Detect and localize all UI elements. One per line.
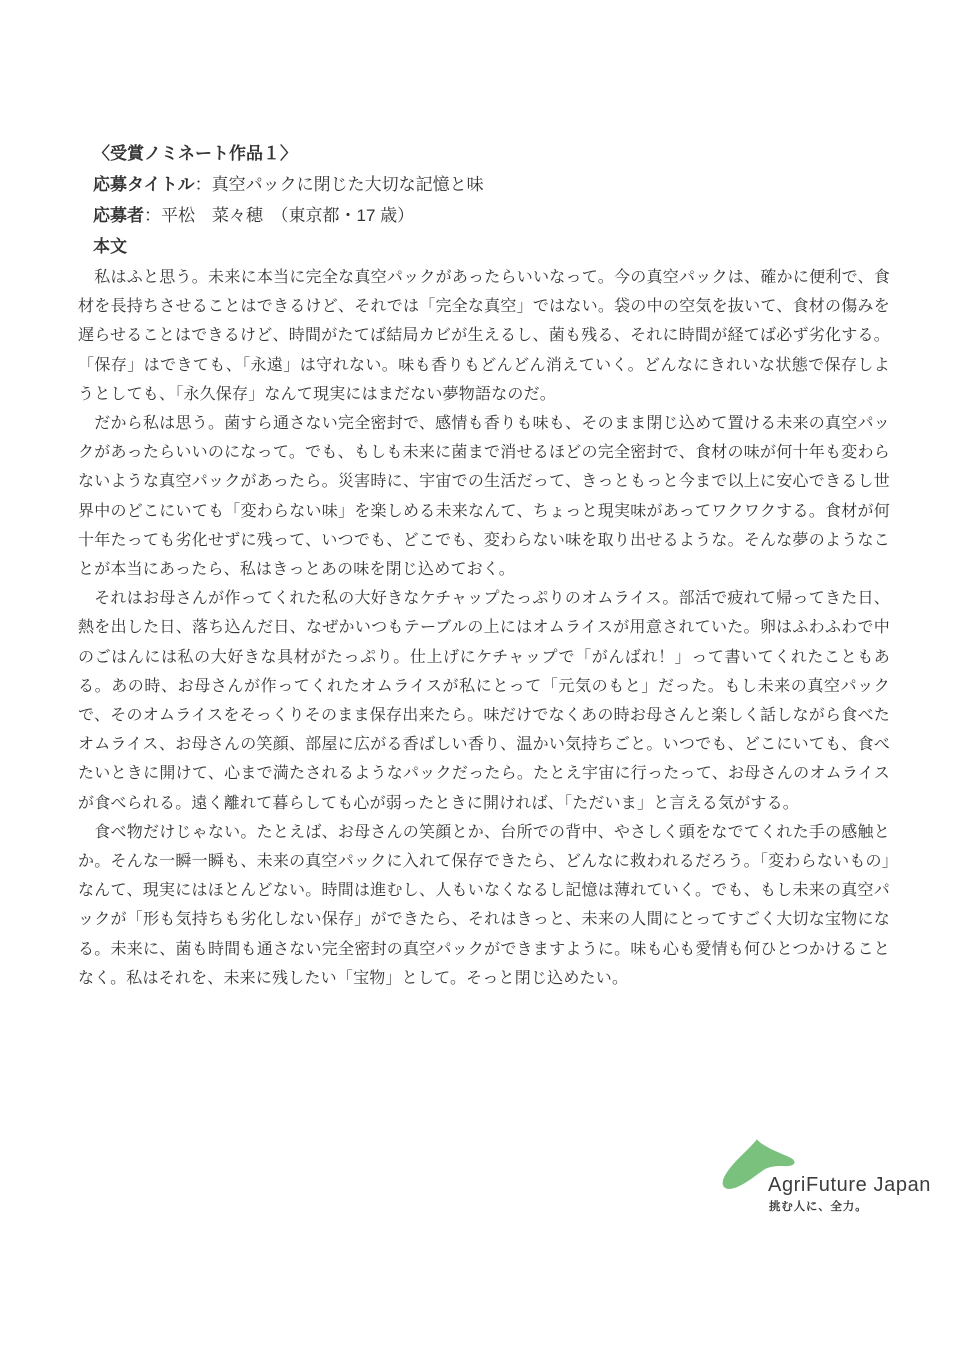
applicant-line: 応募者：平松 菜々穂 （東京都・17 歳） xyxy=(78,200,890,231)
agrifuture-japan-logo: AgriFuture Japan 挑む人に、全力。 xyxy=(720,1134,930,1224)
essay-paragraph: 食べ物だけじゃない。たとえば、お母さんの笑顔とか、台所での背中、やさしく頭をなで… xyxy=(78,818,890,993)
nominee-title: 〈受賞ノミネート作品１〉 xyxy=(78,138,890,169)
document-page: 〈受賞ノミネート作品１〉 応募タイトル：真空パックに閉じた大切な記憶と味 応募者… xyxy=(0,0,964,1350)
applicant-label: 応募者 xyxy=(93,206,144,225)
entry-title-line: 応募タイトル：真空パックに閉じた大切な記憶と味 xyxy=(78,169,890,200)
agrifuture-logo-tagline: 挑む人に、全力。 xyxy=(769,1198,867,1214)
essay-body: 私はふと思う。未来に本当に完全な真空パックがあったらいいなって。今の真空パックは… xyxy=(78,263,890,993)
essay-paragraph: だから私は思う。菌すら通さない完全密封で、感情も香りも味も、そのまま閉じ込めて置… xyxy=(78,409,890,584)
essay-paragraph: 私はふと思う。未来に本当に完全な真空パックがあったらいいなって。今の真空パックは… xyxy=(78,263,890,409)
entry-title-value: ：真空パックに閉じた大切な記憶と味 xyxy=(195,175,484,194)
entry-title-label: 応募タイトル xyxy=(93,175,195,194)
body-heading-text: 本文 xyxy=(93,237,127,256)
body-heading: 本文 xyxy=(78,231,890,262)
applicant-value: ：平松 菜々穂 （東京都・17 歳） xyxy=(144,206,414,225)
essay-content: 〈受賞ノミネート作品１〉 応募タイトル：真空パックに閉じた大切な記憶と味 応募者… xyxy=(78,138,890,993)
agrifuture-logo-wordmark: AgriFuture Japan xyxy=(768,1174,931,1197)
essay-paragraph: それはお母さんが作ってくれた私の大好きなケチャップたっぷりのオムライス。部活で疲… xyxy=(78,584,890,818)
nominee-title-text: 〈受賞ノミネート作品１〉 xyxy=(93,144,297,163)
